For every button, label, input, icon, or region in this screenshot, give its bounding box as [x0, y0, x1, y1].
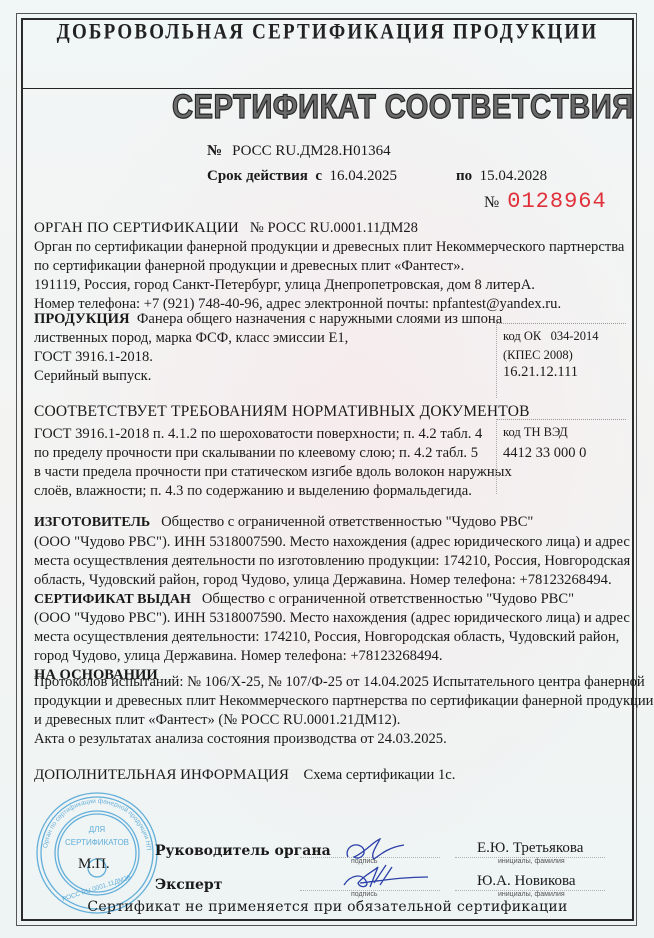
stamp-text: ДЛЯ: [89, 825, 106, 834]
compliance-line: в части предела прочности при статическо…: [34, 462, 512, 482]
manufacturer-line: область, Чудовский район, город Чудово, …: [34, 570, 612, 590]
product-line: лиственных пород, марка ФСФ, класс эмисс…: [34, 328, 348, 348]
manufacturer-heading: ИЗГОТОВИТЕЛЬ: [34, 515, 150, 530]
certification-body-line: Орган по сертификации фанерной продукции…: [34, 237, 624, 257]
certificate-title: СЕРТИФИКАТ СООТВЕТСТВИЯ: [172, 88, 634, 127]
issued-to-heading: СЕРТИФИКАТ ВЫДАН: [34, 592, 191, 607]
additional-info-text: Схема сертификации 1с.: [303, 767, 455, 783]
validity-to-date: 15.04.2028: [480, 168, 548, 184]
blank-number: №0128964: [484, 189, 607, 214]
expert-signature: [340, 863, 430, 893]
validity-from-date: 16.04.2025: [330, 168, 398, 184]
blank-number-sign: №: [484, 194, 499, 211]
validity-to-label: по: [456, 168, 472, 184]
product-heading-row: ПРОДУКЦИЯ Фанера общего назначения с нар…: [34, 309, 502, 329]
okpd-classifier: (КПЕС 2008): [503, 347, 626, 363]
okpd-code-label-row: код ОК 034-2014: [503, 328, 626, 344]
basis-line: Протоколов испытаний: № 106/Х-25, № 107/…: [34, 672, 645, 692]
compliance-line: слоёв, влажности; п. 4.3 по содержанию и…: [34, 481, 472, 501]
manufacturer-line: Общество с ограниченной ответственностью…: [161, 514, 533, 530]
expert-name-caption: инициалы, фамилия: [498, 891, 565, 898]
blank-number-value: 0128964: [507, 189, 606, 214]
head-name-caption: инициалы, фамилия: [498, 858, 565, 865]
registration-number: №РОСС RU.ДМ28.Н01364: [207, 143, 391, 160]
tnved-code-box: код ТН ВЭД 4412 33 000 0: [496, 419, 626, 494]
basis-line: и древесных плит «Фантест» (№ РОСС RU.00…: [34, 710, 400, 730]
product-line: Фанера общего назначения с наружными сло…: [137, 311, 502, 327]
manufacturer-heading-row: ИЗГОТОВИТЕЛЬ Общество с ограниченной отв…: [34, 512, 533, 533]
head-name: Е.Ю. Третьякова: [477, 840, 583, 857]
footer-note: Сертификат не применяется при обязательн…: [21, 899, 634, 915]
organization-stamp: ДЛЯ СЕРТИФИКАТОВ РОСС RU.0001.11ДМ28 Орг…: [34, 790, 160, 916]
tnved-code-label: код ТН ВЭД: [503, 424, 626, 440]
certification-body-heading-row: ОРГАН ПО СЕРТИФИКАЦИИ № РОСС RU.0001.11Д…: [34, 218, 418, 238]
registration-number-value: РОСС RU.ДМ28.Н01364: [232, 143, 391, 159]
okpd-code-label: код ОК: [503, 329, 541, 343]
certification-body-number: № РОСС RU.0001.11ДМ28: [250, 220, 418, 236]
stamp-place-label: М.П.: [78, 856, 110, 873]
issued-to-heading-row: СЕРТИФИКАТ ВЫДАН Общество с ограниченной…: [34, 589, 574, 610]
expert-name: Ю.А. Новикова: [477, 873, 576, 890]
number-sign: №: [207, 143, 222, 159]
issued-to-line: Общество с ограниченной ответственностью…: [202, 591, 574, 607]
issued-to-line: места осуществления деятельности: 174210…: [34, 627, 619, 647]
compliance-heading: СООТВЕТСТВУЕТ ТРЕБОВАНИЯМ НОРМАТИВНЫХ ДО…: [34, 403, 530, 421]
additional-info-row: ДОПОЛНИТЕЛЬНАЯ ИНФОРМАЦИЯ Схема сертифик…: [34, 765, 455, 785]
certification-body-line: по сертификации фанерной продукции и дре…: [34, 256, 464, 276]
certification-body-address: 191119, Россия, город Санкт-Петербург, у…: [34, 275, 535, 295]
validity-period: Срок действия с 16.04.2025 по 15.04.2028: [207, 168, 397, 185]
manufacturer-line: (ООО "Чудово РВС"). ИНН 5318007590. Мест…: [34, 532, 630, 552]
basis-line: Акта о результатах анализа состояния про…: [34, 729, 447, 749]
manufacturer-line: места осуществления деятельности по изго…: [34, 551, 630, 571]
compliance-line: по пределу прочности при скалывании по к…: [34, 443, 478, 463]
basis-line: продукции и древесных плит Некоммерческо…: [34, 691, 654, 711]
tnved-code-value: 4412 33 000 0: [503, 444, 626, 463]
product-heading: ПРОДУКЦИЯ: [34, 311, 130, 327]
validity-label: Срок действия: [207, 168, 308, 184]
product-standard: ГОСТ 3916.1-2018.: [34, 347, 153, 367]
issued-to-line: (ООО "Чудово РВС"). ИНН 5318007590. Мест…: [34, 608, 630, 628]
compliance-line: ГОСТ 3916.1-2018 п. 4.1.2 по шероховатос…: [34, 424, 482, 444]
stamp-text: СЕРТИФИКАТОВ: [65, 838, 129, 847]
voluntary-certification-heading: ДОБРОВОЛЬНАЯ СЕРТИФИКАЦИЯ ПРОДУКЦИИ: [21, 20, 634, 45]
okpd-standard: 034-2014: [551, 329, 599, 343]
certification-body-heading: ОРГАН ПО СЕРТИФИКАЦИИ: [34, 220, 239, 236]
issued-to-line: город Чудово, улица Державина. Номер тел…: [34, 646, 442, 666]
product-release-type: Серийный выпуск.: [34, 366, 151, 386]
expert-role-label: Эксперт: [155, 877, 222, 893]
okpd-code-value: 16.21.12.111: [503, 363, 626, 382]
okpd-code-box: код ОК 034-2014 (КПЕС 2008) 16.21.12.111: [496, 323, 626, 398]
validity-from-label: с: [315, 168, 322, 184]
expert-signature-caption: подпись: [351, 891, 377, 898]
additional-info-heading: ДОПОЛНИТЕЛЬНАЯ ИНФОРМАЦИЯ: [34, 767, 289, 783]
